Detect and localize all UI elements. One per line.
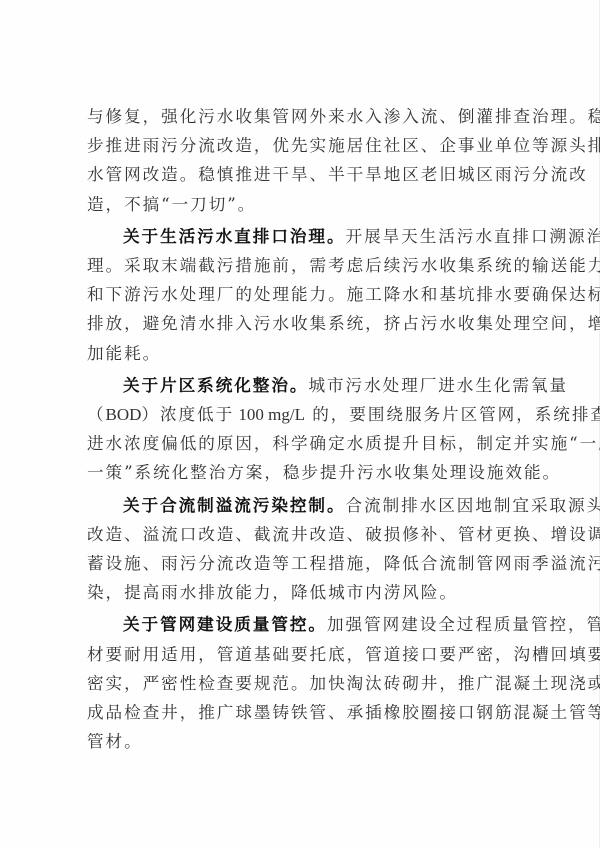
text-line: 材要耐用适用，管道基础要托底，管道接口要严密，沟槽回填要 xyxy=(87,640,517,669)
text-line: 与修复，强化污水收集管网外来水入渗入流、倒灌排查治理。稳 xyxy=(87,102,517,131)
paragraph-pipe-network-repair-continued: 与修复，强化污水收集管网外来水入渗入流、倒灌排查治理。稳 步推进雨污分流改造，优… xyxy=(87,102,517,219)
text-line: 理。采取末端截污措施前，需考虑后续污水收集系统的输送能力 xyxy=(87,251,517,280)
section-heading: 关于生活污水直排口治理。 xyxy=(123,226,346,246)
paragraph-direct-discharge-outlets: 关于生活污水直排口治理。开展旱天生活污水直排口溯源治 理。采取末端截污措施前，需… xyxy=(87,222,517,368)
paragraph-district-systematic-remediation: 关于片区系统化整治。城市污水处理厂进水生化需氧量 （BOD）浓度低于 100 m… xyxy=(87,371,517,488)
paragraph-combined-sewer-overflow-control: 关于合流制溢流污染控制。合流制排水区因地制宜采取源头 改造、溢流口改造、截流井改… xyxy=(87,491,517,608)
text-run: 开展旱天生活污水直排口溯源治 xyxy=(346,227,600,246)
text-line: 加能耗。 xyxy=(87,339,517,368)
text-line: 造，不搞“一刀切”。 xyxy=(87,190,517,219)
text-line: （BOD）浓度低于 100 mg/L 的，要围绕服务片区管网，系统排查 xyxy=(87,400,517,429)
section-heading: 关于合流制溢流污染控制。 xyxy=(123,495,346,515)
text-run: 城市污水处理厂进水生化需氧量 xyxy=(308,376,568,395)
text-line: 进水浓度偏低的原因，科学确定水质提升目标，制定并实施“一厂 xyxy=(87,429,517,458)
text-line: 和下游污水处理厂的处理能力。施工降水和基坑排水要确保达标 xyxy=(87,280,517,309)
section-heading: 关于片区系统化整治。 xyxy=(123,375,308,395)
paragraph-pipe-network-quality-control: 关于管网建设质量管控。加强管网建设全过程质量管控，管 材要耐用适用，管道基础要托… xyxy=(87,610,517,756)
text-line: 关于管网建设质量管控。加强管网建设全过程质量管控，管 xyxy=(87,610,517,639)
text-run: 加强管网建设全过程质量管控，管 xyxy=(327,615,600,634)
document-page: 与修复，强化污水收集管网外来水入渗入流、倒灌排查治理。稳 步推进雨污分流改造，优… xyxy=(0,0,600,848)
text-line: 关于生活污水直排口治理。开展旱天生活污水直排口溯源治 xyxy=(87,222,517,251)
text-line: 改造、溢流口改造、截流井改造、破损修补、管材更换、增设调 xyxy=(87,520,517,549)
text-line: 蓄设施、雨污分流改造等工程措施，降低合流制管网雨季溢流污 xyxy=(87,549,517,578)
latin-text: 100 mg/L xyxy=(234,405,305,424)
text-line: 一策”系统化整治方案，稳步提升污水收集处理设施效能。 xyxy=(87,458,517,487)
text-line: 排放，避免清水排入污水收集系统，挤占污水收集处理空间，增 xyxy=(87,309,517,338)
text-line: 关于合流制溢流污染控制。合流制排水区因地制宜采取源头 xyxy=(87,491,517,520)
text-run: 合流制排水区因地制宜采取源头 xyxy=(346,496,600,515)
text-line: 步推进雨污分流改造，优先实施居住社区、企事业单位等源头排 xyxy=(87,131,517,160)
text-line: 关于片区系统化整治。城市污水处理厂进水生化需氧量 xyxy=(87,371,517,400)
text-line: 管材。 xyxy=(87,727,517,756)
text-line: 密实，严密性检查要规范。加快淘汰砖砌井，推广混凝土现浇或 xyxy=(87,669,517,698)
text-line: 成品检查井，推广球墨铸铁管、承插橡胶圈接口钢筋混凝土管等 xyxy=(87,698,517,727)
text-line: 染，提高雨水排放能力，降低城市内涝风险。 xyxy=(87,578,517,607)
document-body: 与修复，强化污水收集管网外来水入渗入流、倒灌排查治理。稳 步推进雨污分流改造，优… xyxy=(87,102,517,759)
section-heading: 关于管网建设质量管控。 xyxy=(123,614,327,634)
latin-text: BOD xyxy=(106,405,142,424)
text-line: 水管网改造。稳慎推进干旱、半干旱地区老旧城区雨污分流改 xyxy=(87,160,517,189)
